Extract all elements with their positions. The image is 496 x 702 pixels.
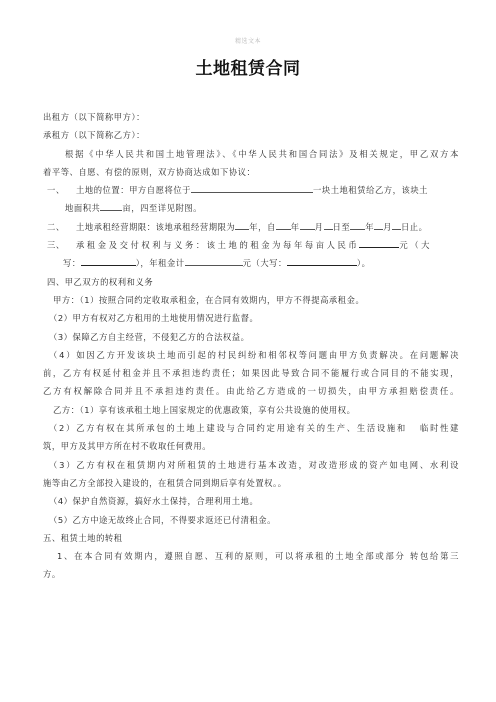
party-a-item-4-line-2: 前，乙方有权延付租金并且不承担违约责任；如果因此导致合同不能履行或合同目的不能实… <box>43 364 459 382</box>
clause-5-item-1-line-2: 方。 <box>43 565 459 583</box>
party-b-item-2-line-2: 筑，甲方及其甲方所在村不收取任何费用。 <box>43 437 459 455</box>
end-year-blank[interactable] <box>350 220 365 230</box>
clause-3-text-a: 承租金及交付权利与义务：该土地的租金为每年每亩人民币 <box>76 240 359 250</box>
clause-2: 二、土地承租经营期限：该地承租经营期限为年，自年月日至年月日止。 <box>43 218 459 236</box>
party-b-item-2-line-1: （2）乙方有权在其所承包的土地上建设与合同约定用途有关的生产、生活设施和 临时性… <box>43 419 459 437</box>
clause-3: 三、承租金及交付权利与义务：该土地的租金为每年每亩人民币元（大 <box>43 236 459 254</box>
end-day-label: 日止。 <box>401 222 428 232</box>
clause-3-text-b: 元（大 <box>399 240 432 250</box>
clause-1-text-a: 土地的位置：甲方自愿将位于 <box>76 185 191 195</box>
end-month-blank[interactable] <box>374 220 383 230</box>
term-years-blank[interactable] <box>235 220 249 230</box>
clause-2-number: 二、 <box>47 218 76 236</box>
start-year-blank[interactable] <box>276 220 291 230</box>
clause-1: 一、土地的位置：甲方自愿将位于一块土地租赁给乙方，该块土 <box>43 181 459 199</box>
rent-per-mu-words-blank[interactable] <box>81 256 136 266</box>
preamble-line-2: 着平等、自愿、有偿的原则，双方协商达成如下协议： <box>43 163 459 181</box>
clause-5-item-1-line-1: 1、在本合同有效期内，遵照自愿、互利的原则，可以将承租的土地全部或部分 转包给第… <box>43 547 459 565</box>
annual-rent-words-blank[interactable] <box>287 256 357 266</box>
page-title: 土地租赁合同 <box>0 54 496 79</box>
rent-per-mu-blank[interactable] <box>359 238 399 248</box>
document-page: 精选文本 土地租赁合同 出租方（以下简称甲方）： 承租方（以下简称乙方）： 根据… <box>0 0 496 702</box>
party-a-item-4-line-3: 乙方有权解除合同并且不承担违约责任。由此给乙方造成的一切损失，由甲方承担赔偿责任… <box>43 382 459 400</box>
party-b-item-1: 乙方：（1）享有该承租土地上国家规定的优惠政策，享有公共设施的使用权。 <box>43 401 459 419</box>
clause-5-heading: 五、租赁土地的转租 <box>43 529 459 547</box>
clause-1-text-c: 地面积共 <box>65 203 100 213</box>
lessee-line: 承租方（以下简称乙方）： <box>43 126 459 144</box>
end-day-blank[interactable] <box>392 220 401 230</box>
clause-1-cont: 地面积共亩，四至详见附图。 <box>43 199 459 217</box>
party-a-item-3: （3）保障乙方自主经营，不侵犯乙方的合法权益。 <box>43 328 459 346</box>
clause-3-text-d: ），年租金计 <box>136 258 185 268</box>
start-year-label: 年 <box>291 222 300 232</box>
clause-1-text-d: 亩，四至详见附图。 <box>122 203 202 213</box>
clause-1-text-b: 一块土地租赁给乙方，该块土 <box>313 185 428 195</box>
party-b-item-3-line-2: 施等由乙方全部投入建设的，在租赁合同到期后享有处置权。。 <box>43 474 459 492</box>
annual-rent-blank[interactable] <box>185 256 243 266</box>
area-blank[interactable] <box>100 201 122 211</box>
party-a-item-1: 甲方：（1）按照合同约定收取承租金，在合同有效期内，甲方不得提高承租金。 <box>43 291 459 309</box>
contract-body: 出租方（以下简称甲方）： 承租方（以下简称乙方）： 根据《中华人民共和国土地管理… <box>43 108 459 584</box>
party-a-item-4-line-1: （4）如因乙方开发该块土地而引起的村民纠纷和相邻权等问题由甲方负责解决。在问题解… <box>43 346 459 364</box>
lessor-line: 出租方（以下简称甲方）： <box>43 108 459 126</box>
clause-3-text-c: 写： <box>63 258 81 268</box>
clause-4-heading: 四、甲乙双方的权利和义务 <box>43 273 459 291</box>
start-day-blank[interactable] <box>324 220 333 230</box>
end-year-label: 年 <box>365 222 374 232</box>
clause-3-cont: 写：），年租金计元（大写：）。 <box>43 254 459 272</box>
start-day-label: 日至 <box>333 222 351 232</box>
clause-2-year-label: 年，自 <box>249 222 276 232</box>
clause-3-text-f: ）。 <box>357 258 371 268</box>
start-month-blank[interactable] <box>300 220 315 230</box>
end-month-label: 月 <box>383 222 392 232</box>
preamble-line-1: 根据《中华人民共和国土地管理法》、《中华人民共和国合同法》及相关规定，甲乙双方本 <box>43 145 459 163</box>
party-b-item-5: （5）乙方中途无故终止合同，不得要求返还已付清租金。 <box>43 511 459 529</box>
party-a-item-2: （2）甲方有权对乙方租用的土地使用情况进行监督。 <box>43 309 459 327</box>
party-b-item-4: （4）保护自然资源，搞好水土保持，合理利用土地。 <box>43 492 459 510</box>
clause-1-number: 一、 <box>47 181 76 199</box>
clause-3-text-e: 元（大写： <box>243 258 287 268</box>
location-blank[interactable] <box>191 183 313 193</box>
party-b-item-3-line-1: （3）乙方有权在租赁期内对所租赁的土地进行基本改造，对改造形成的资产如电网、水利… <box>43 456 459 474</box>
clause-2-text-a: 土地承租经营期限：该地承租经营期限为 <box>76 222 235 232</box>
clause-3-number: 三、 <box>47 236 76 254</box>
start-month-label: 月 <box>315 222 324 232</box>
header-note: 精选文本 <box>0 36 496 45</box>
